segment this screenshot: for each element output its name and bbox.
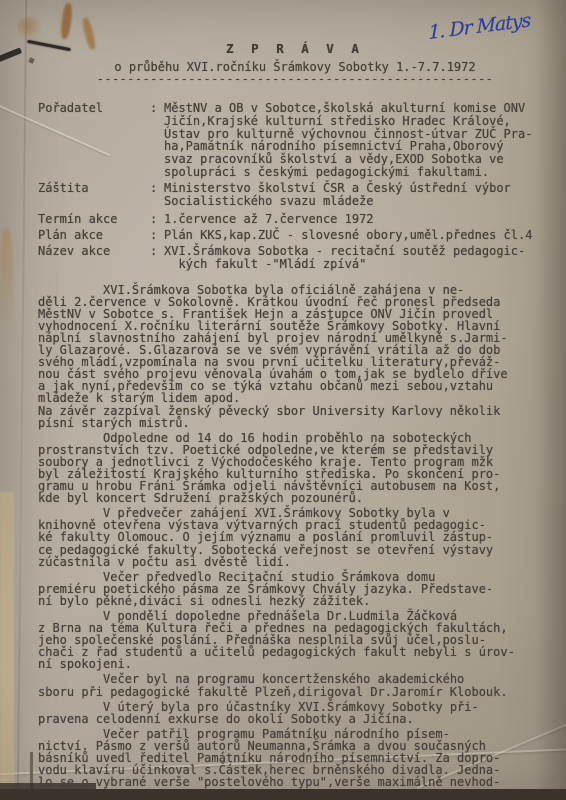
field-label: Název akce: [38, 245, 150, 258]
field-row-plan: Plán akce : Plán KKS,kap.ZUČ - slovesné …: [38, 229, 552, 242]
field-label: Plán akce: [38, 229, 150, 242]
field-label: Záštita: [38, 182, 150, 195]
field-label: Pořadatel: [38, 102, 150, 115]
body-paragraph: Večer předvedlo Recitační studio Šrámkov…: [38, 571, 552, 607]
field-colon: :: [150, 245, 164, 258]
field-row-organizer: Pořadatel : MěstNV a OB v Sobotce,školsk…: [38, 102, 552, 179]
field-colon: :: [150, 182, 164, 195]
field-label: Termín akce: [38, 213, 150, 226]
body-paragraph: V předvečer zahájení XVI.Šrámkovy Sobotk…: [38, 507, 552, 567]
typewritten-content: Z P R Á V A o průběhu XVI.ročníku Šrámko…: [38, 42, 552, 791]
field-row-date: Termín akce : 1.července až 7.července 1…: [38, 213, 552, 226]
field-value: Ministerstvo školství ČSR a Český ústřed…: [164, 182, 552, 208]
field-colon: :: [150, 213, 164, 226]
report-title: Z P R Á V A: [38, 42, 552, 56]
field-list: Pořadatel : MěstNV a OB v Sobotce,školsk…: [38, 102, 552, 271]
field-value: XVI.Šrámkova Sobotka - recitační soutěž …: [164, 245, 552, 271]
field-row-event-name: Název akce : XVI.Šrámkova Sobotka - reci…: [38, 245, 552, 271]
title-underline: ----------------------------------------…: [38, 74, 552, 85]
body-paragraph: Odpoledne od 14 do 16 hodin proběhlo na …: [38, 432, 552, 505]
body-paragraph: XVI.Šrámkova Sobotka byla oficiálně zahá…: [38, 284, 552, 429]
body-paragraph: Večer byl na programu koncertženského ak…: [38, 673, 552, 697]
field-value: 1.července až 7.července 1972: [164, 213, 552, 226]
field-colon: :: [150, 102, 164, 115]
field-value: Plán KKS,kap.ZUČ - slovesné obory,uměl.p…: [164, 229, 552, 242]
body-paragraph: V úterý byla pro účastníky XVI.Šrámkovy …: [38, 701, 552, 725]
scanned-document-page: 1. Dr Matys Z P R Á V A o průběhu XVI.ro…: [0, 0, 566, 800]
field-colon: :: [150, 229, 164, 242]
body-paragraph: V pondělí dopoledne přednášela Dr.Ludmil…: [38, 610, 552, 670]
body-paragraph: Večer patřil programu Památníku národníh…: [38, 728, 552, 788]
field-row-patronage: Záštita : Ministerstvo školství ČSR a Če…: [38, 182, 552, 208]
field-value: MěstNV a OB v Sobotce,školská akulturní …: [164, 102, 552, 179]
report-body: XVI.Šrámkova Sobotka byla oficiálně zahá…: [38, 284, 552, 789]
